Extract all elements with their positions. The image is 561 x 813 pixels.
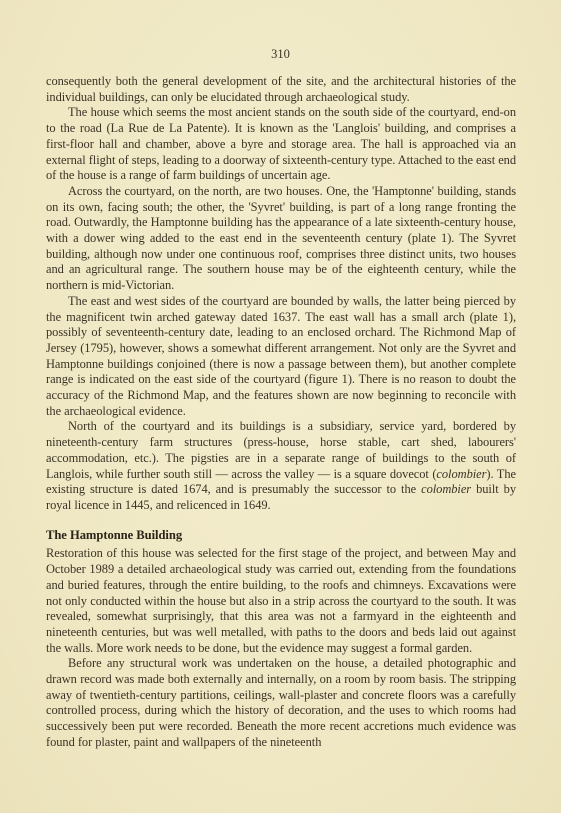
section-heading: The Hamptonne Building [46,528,516,544]
paragraph: North of the courtyard and its buildings… [46,419,516,513]
paragraph: Before any structural work was undertake… [46,656,516,750]
paragraph: The east and west sides of the courtyard… [46,294,516,420]
body-text: consequently both the general developmen… [46,74,516,751]
hamptonne-section: Restoration of this house was selected f… [46,546,516,750]
page-number: 310 [0,47,561,62]
paragraph: Across the courtyard, on the north, are … [46,184,516,294]
paragraph: consequently both the general developmen… [46,74,516,105]
paragraph: The house which seems the most ancient s… [46,105,516,184]
paragraph: Restoration of this house was selected f… [46,546,516,656]
intro-section: consequently both the general developmen… [46,74,516,514]
document-page: 310 consequently both the general develo… [0,0,561,813]
italic-term: colombier [421,482,471,496]
italic-term: colombier [436,467,486,481]
